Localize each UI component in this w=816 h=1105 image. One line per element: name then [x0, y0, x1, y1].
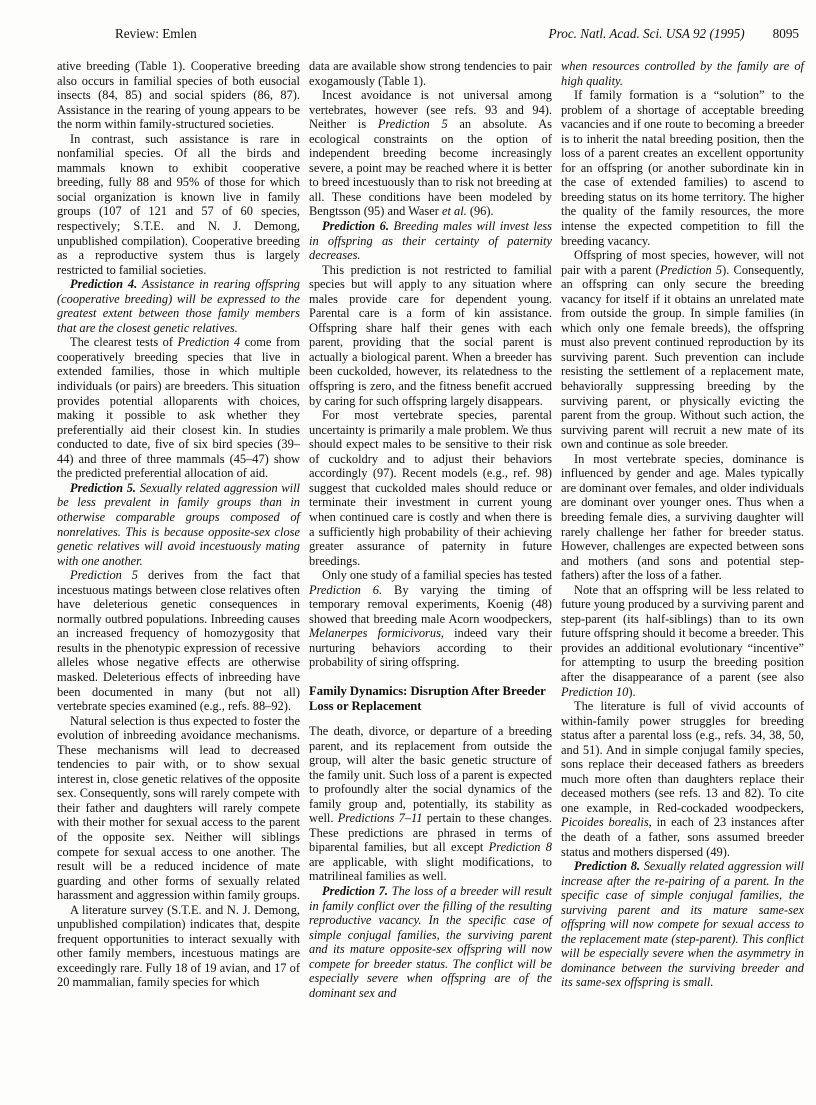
paragraph: Incest avoidance is not universal among … — [309, 88, 552, 219]
paragraph: This prediction is not restricted to fam… — [309, 263, 552, 408]
paragraph: Only one study of a familial species has… — [309, 568, 552, 670]
paragraph: In contrast, such assistance is rare in … — [57, 132, 300, 277]
journal-page: Review: Emlen Proc. Natl. Acad. Sci. USA… — [0, 0, 816, 1105]
page-header: Review: Emlen Proc. Natl. Acad. Sci. USA… — [57, 26, 802, 42]
journal-citation: Proc. Natl. Acad. Sci. USA 92 (1995) — [549, 26, 745, 42]
section-heading: Family Dynamics: Disruption After Breede… — [309, 684, 552, 714]
page-number: 8095 — [773, 26, 799, 42]
paragraph: Offspring of most species, however, will… — [561, 248, 804, 452]
paragraph: If family formation is a “solution” to t… — [561, 88, 804, 248]
paragraph: ative breeding (Table 1). Cooperative br… — [57, 59, 300, 132]
paragraph: data are available show strong tendencie… — [309, 59, 552, 88]
paragraph: Prediction 6. Breeding males will invest… — [309, 219, 552, 263]
paragraph: Natural selection is thus expected to fo… — [57, 714, 300, 903]
running-head: Review: Emlen — [115, 26, 197, 42]
column-1: ative breeding (Table 1). Cooperative br… — [57, 59, 300, 1000]
paragraph: Prediction 7. The loss of a breeder will… — [309, 884, 552, 1000]
paragraph: The literature is full of vivid accounts… — [561, 699, 804, 859]
paragraph: Note that an offspring will be less rela… — [561, 583, 804, 699]
paragraph: Prediction 8. Sexually related aggressio… — [561, 859, 804, 990]
paragraph: Prediction 5. Sexually related aggressio… — [57, 481, 300, 568]
paragraph: A literature survey (S.T.E. and N. J. De… — [57, 903, 300, 990]
header-right: Proc. Natl. Acad. Sci. USA 92 (1995) 809… — [549, 26, 799, 42]
column-3: when resources controlled by the family … — [561, 59, 804, 1000]
paragraph: when resources controlled by the family … — [561, 59, 804, 88]
text-columns: ative breeding (Table 1). Cooperative br… — [57, 59, 804, 1000]
paragraph: Prediction 4. Assistance in rearing offs… — [57, 277, 300, 335]
paragraph: The death, divorce, or departure of a br… — [309, 724, 552, 884]
paragraph: For most vertebrate species, parental un… — [309, 408, 552, 568]
paragraph: In most vertebrate species, dominance is… — [561, 452, 804, 583]
column-2: data are available show strong tendencie… — [309, 59, 552, 1000]
paragraph: The clearest tests of Prediction 4 come … — [57, 335, 300, 480]
paragraph: Prediction 5 derives from the fact that … — [57, 568, 300, 713]
